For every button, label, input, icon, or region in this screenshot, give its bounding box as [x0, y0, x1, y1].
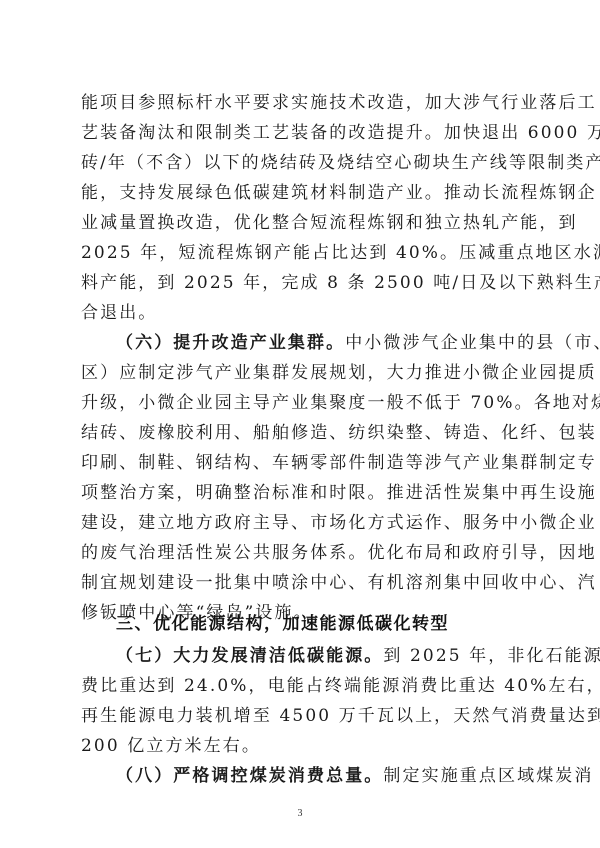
- body-line: 再生能源电力装机增至 4500 万千瓦以上，天然气消费量达到: [81, 705, 521, 727]
- body-line: 区）应制定涉气产业集群发展规划，大力推进小微企业园提质: [81, 362, 521, 384]
- paragraph-heading: （八）严格调控煤炭消费总量。: [116, 766, 383, 786]
- paragraph-text: 制定实施重点区域煤炭消: [383, 766, 593, 786]
- body-line: 升级，小微企业园主导产业集聚度一般不低于 70%。各地对烧: [81, 392, 521, 414]
- paragraph-text: 中小微涉气企业集中的县（市、: [345, 333, 600, 353]
- body-line: 砖/年（不含）以下的烧结砖及烧结空心砌块生产线等限制类产: [81, 152, 521, 174]
- body-line: 的废气治理活性炭公共服务体系。优化布局和政府引导，因地: [81, 542, 521, 564]
- body-line: 能项目参照标杆水平要求实施技术改造，加大涉气行业落后工: [81, 92, 521, 114]
- body-line: 200 亿立方米左右。: [81, 735, 521, 757]
- body-line: 业减量置换改造，优化整合短流程炼钢和独立热轧产能，到: [81, 212, 521, 234]
- paragraph-first-line: （八）严格调控煤炭消费总量。制定实施重点区域煤炭消: [116, 765, 521, 787]
- paragraph-text: 到 2025 年，非化石能源消: [383, 646, 600, 666]
- body-line: 建设，建立地方政府主导、市场化方式运作、服务中小微企业: [81, 512, 521, 534]
- body-line: 制宜规划建设一批集中喷涂中心、有机溶剂集中回收中心、汽: [81, 572, 521, 594]
- paragraph-first-line: （六）提升改造产业集群。中小微涉气企业集中的县（市、: [116, 332, 521, 354]
- paragraph-first-line: （七）大力发展清洁低碳能源。到 2025 年，非化石能源消: [116, 645, 521, 667]
- document-page: 能项目参照标杆水平要求实施技术改造，加大涉气行业落后工 艺装备淘汰和限制类工艺装…: [0, 0, 600, 848]
- paragraph-heading: （六）提升改造产业集群。: [116, 333, 345, 353]
- body-line: 印刷、制鞋、钢结构、车辆零部件制造等涉气产业集群制定专: [81, 452, 521, 474]
- paragraph-heading: （七）大力发展清洁低碳能源。: [116, 646, 383, 666]
- page-number: 3: [0, 808, 600, 819]
- body-line: 能，支持发展绿色低碳建筑材料制造产业。推动长流程炼钢企: [81, 182, 521, 204]
- body-line: 费比重达到 24.0%，电能占终端能源消费比重达 40%左右，可: [81, 675, 521, 697]
- body-line: 项整治方案，明确整治标准和时限。推进活性炭集中再生设施: [81, 482, 521, 504]
- body-line: 合退出。: [81, 302, 521, 324]
- body-line: 艺装备淘汰和限制类工艺装备的改造提升。加快退出 6000 万标: [81, 122, 521, 144]
- body-line: 2025 年，短流程炼钢产能占比达到 40%。压减重点地区水泥熟: [81, 242, 521, 264]
- body-line: 料产能，到 2025 年，完成 8 条 2500 吨/日及以下熟料生产线整: [81, 272, 521, 294]
- body-line: 结砖、废橡胶利用、船舶修造、纺织染整、铸造、化纤、包装: [81, 422, 521, 444]
- section-heading: 三、优化能源结构，加速能源低碳化转型: [116, 613, 449, 635]
